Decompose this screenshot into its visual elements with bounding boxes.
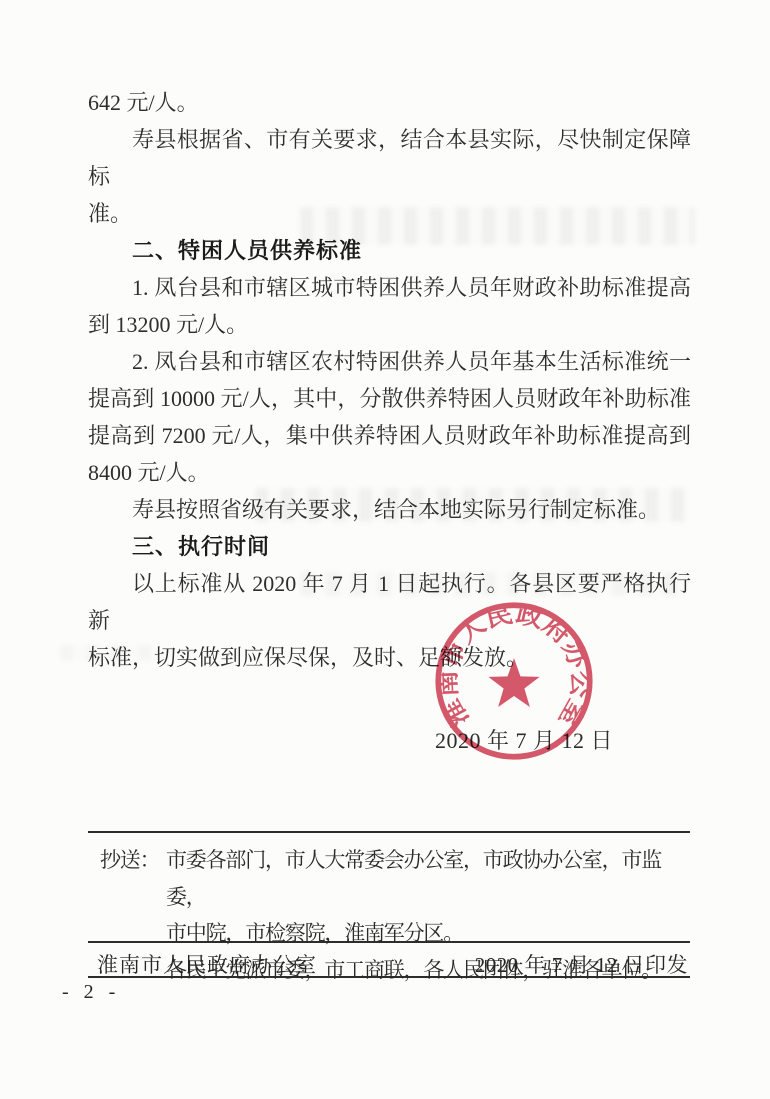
body-line: 准。: [88, 195, 691, 232]
body-line: 标准，切实做到应保尽保，及时、足额发放。: [88, 639, 691, 676]
section-heading-2: 二、特困人员供养标准: [88, 232, 691, 269]
body-line: 寿县根据省、市有关要求，结合本县实际，尽快制定保障标: [88, 121, 691, 195]
body-line: 8400 元/人。: [88, 454, 691, 491]
body-line: 到 13200 元/人。: [88, 306, 691, 343]
body-line: 寿县按照省级有关要求，结合本地实际另行制定标准。: [88, 491, 691, 528]
body-line: 提高到 10000 元/人，其中，分散供养特困人员财政年补助标准: [88, 380, 691, 417]
seal-star-icon: [488, 658, 539, 707]
footer-rule-top: [88, 831, 690, 833]
official-seal: 淮南市人民政府办公室: [431, 598, 597, 764]
cc-line-text: 市委各部门，市人大常委会办公室，市政协办公室，市监委，: [166, 842, 692, 915]
cc-label: 抄送：: [100, 842, 166, 915]
page-number: - 2 -: [62, 981, 120, 1004]
document-page: 642 元/人。 寿县根据省、市有关要求，结合本县实际，尽快制定保障标 准。 二…: [0, 0, 770, 1099]
print-date: 2020 年 7 月 12 日印发: [475, 949, 690, 979]
body-line: 642 元/人。: [88, 84, 691, 121]
body-line: 提高到 7200 元/人，集中供养特困人员财政年补助标准提高到: [88, 417, 691, 454]
body-line: 以上标准从 2020 年 7 月 1 日起执行。各县区要严格执行新: [88, 565, 691, 639]
section-heading-3: 三、执行时间: [88, 528, 691, 565]
issuer-office: 淮南市人民政府办公室: [88, 949, 317, 979]
cc-line: 抄送： 市委各部门，市人大常委会办公室，市政协办公室，市监委，: [100, 842, 692, 915]
body-line: 2. 凤台县和市辖区农村特困供养人员年基本生活标准统一: [88, 343, 691, 380]
body-line: 1. 凤台县和市辖区城市特困供养人员年财政补助标准提高: [88, 269, 691, 306]
document-body: 642 元/人。 寿县根据省、市有关要求，结合本县实际，尽快制定保障标 准。 二…: [88, 84, 691, 676]
colophon-row: 淮南市人民政府办公室 2020 年 7 月 12 日印发: [88, 949, 690, 979]
cc-line: 市中院，市检察院，淮南军分区。: [100, 915, 692, 952]
